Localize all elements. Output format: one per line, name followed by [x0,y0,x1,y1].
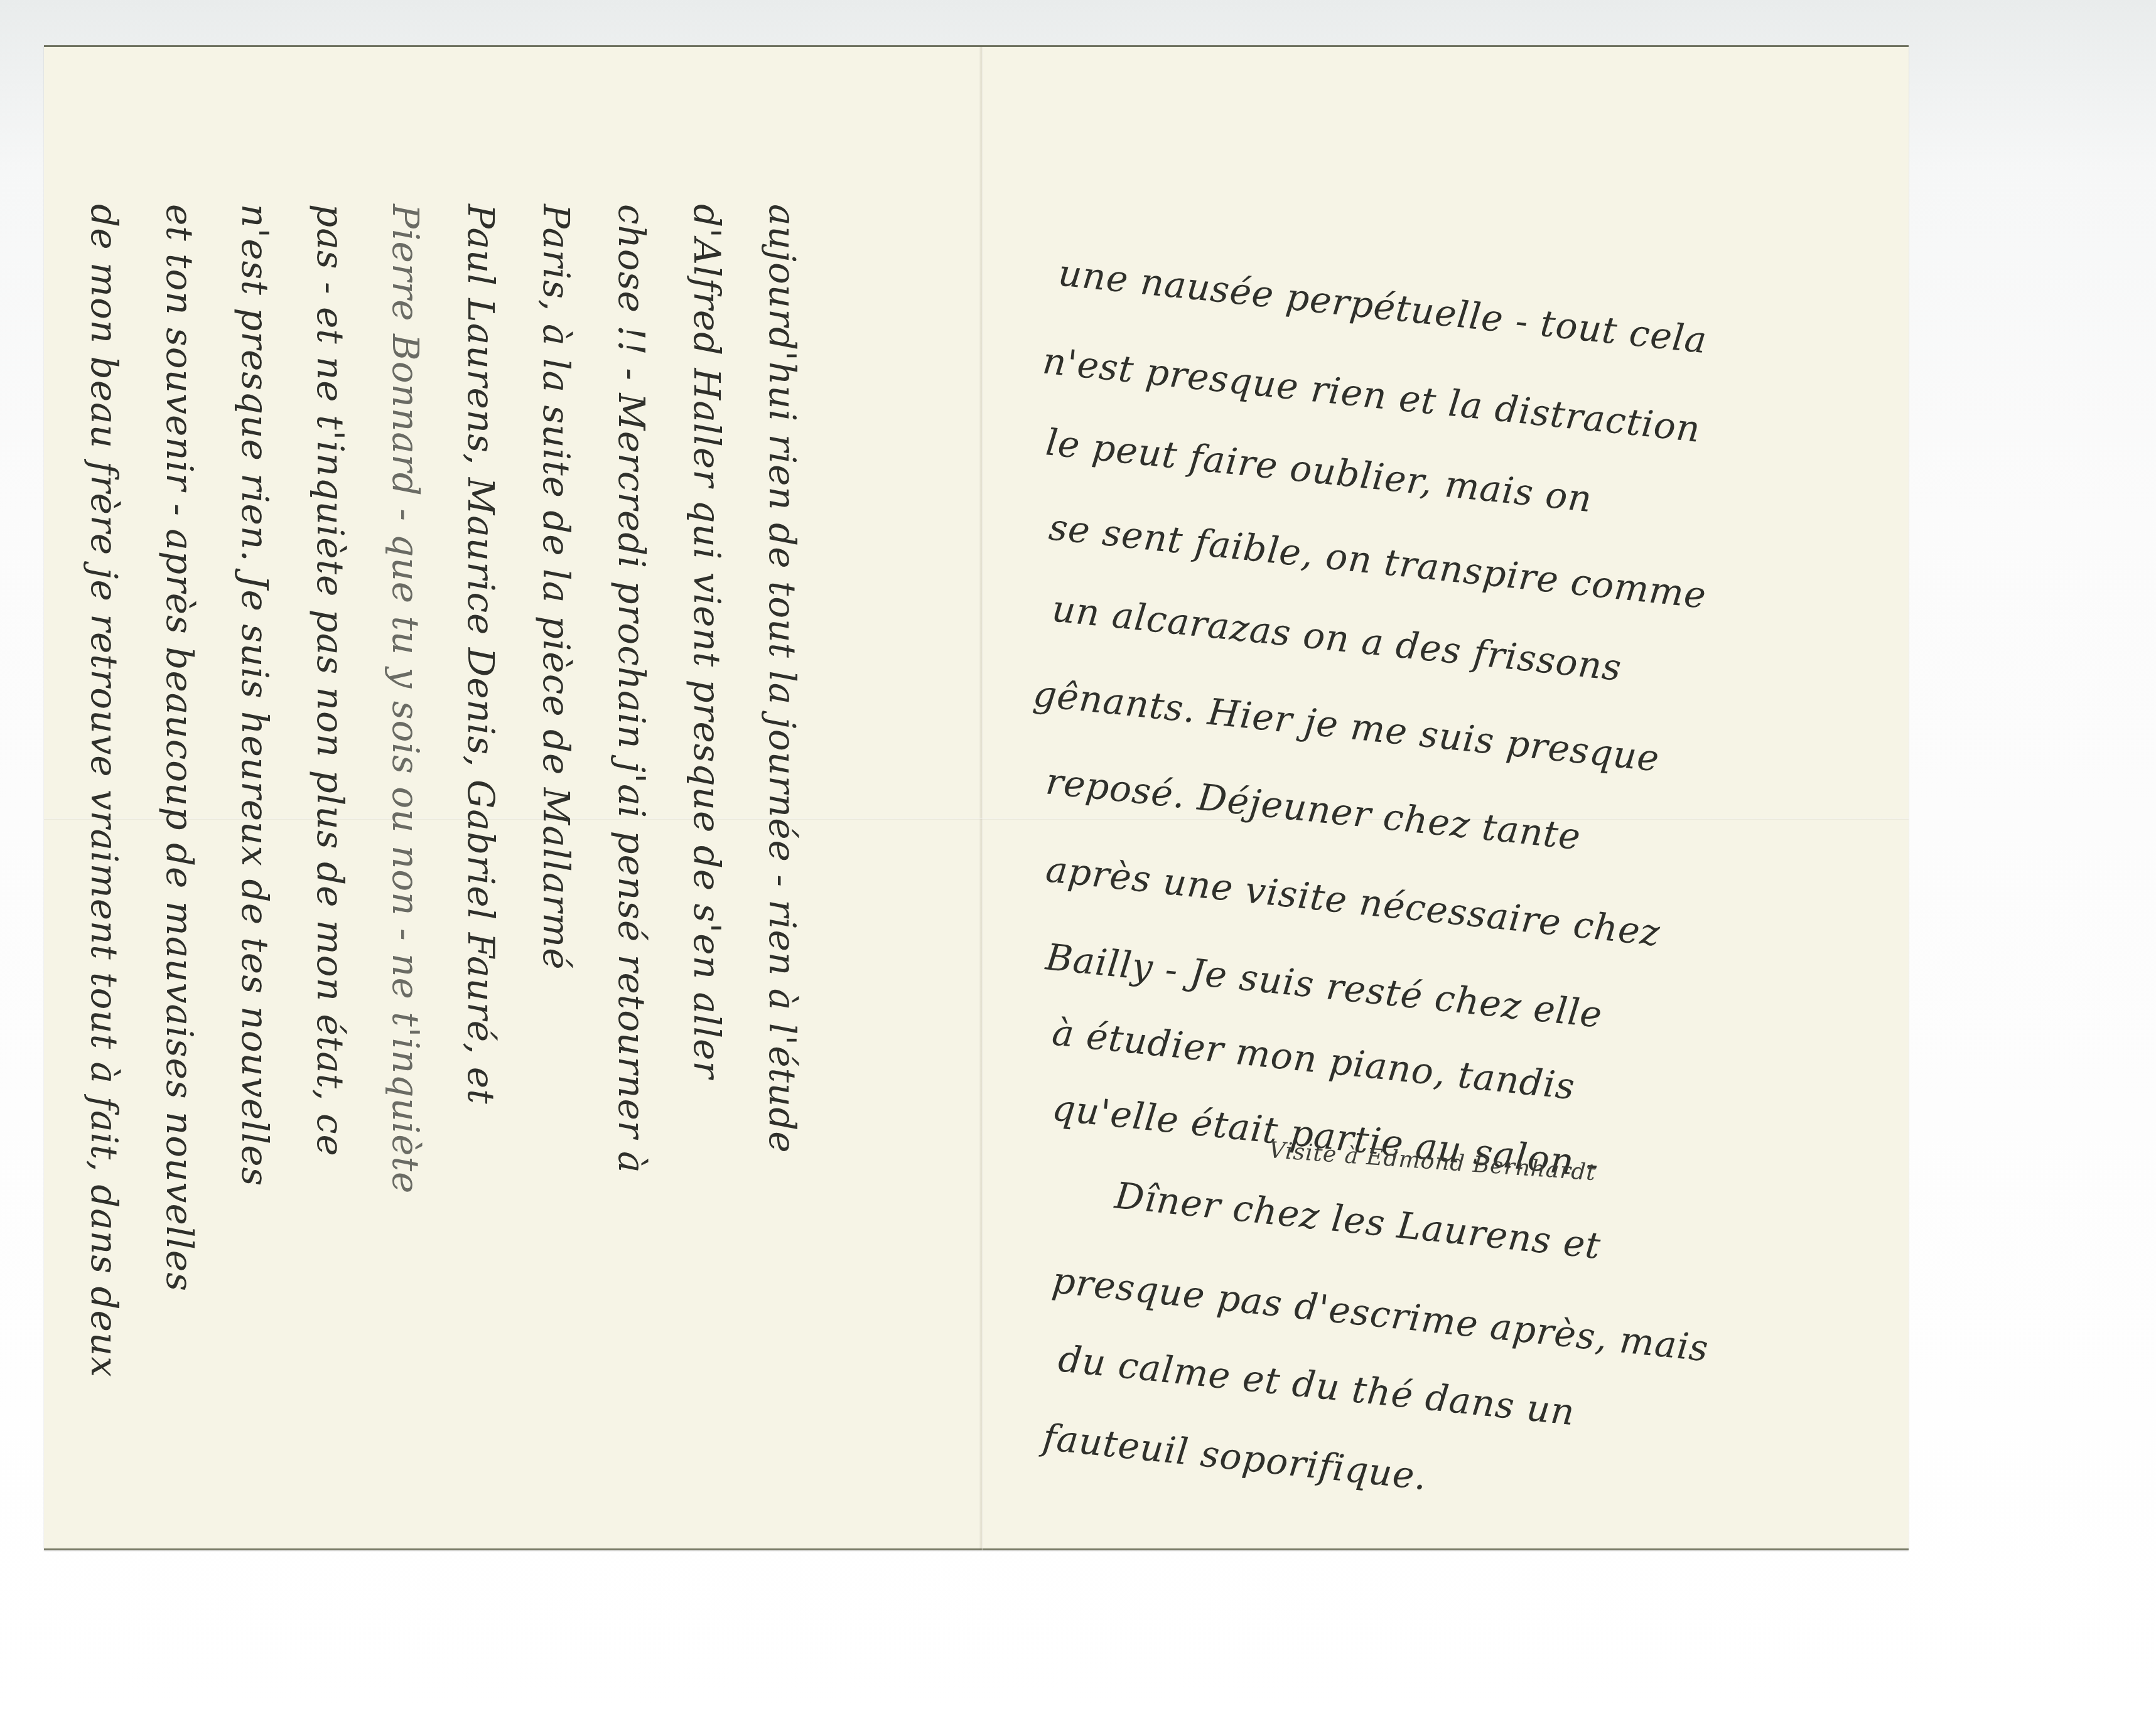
left-line-10: de mon beau frère je retrouve vraiment t… [86,204,122,1378]
right-line-10: à étudier mon piano, tandis [1050,1014,1577,1105]
right-line-6: gênants. Hier je me suis presque [1032,675,1661,776]
left-line-3: chose !! - Mercredi prochain j'ai pensé … [613,204,650,1174]
left-line-9: et ton souvenir - après beaucoup de mauv… [161,204,198,1292]
left-line-7: pas - et ne t'inquiète pas non plus de m… [312,204,348,1157]
right-page: une nausée perpétuelle - tout cela n'est… [983,47,1909,1550]
left-line-4: Paris, à la suite de la pièce de Mallarm… [538,204,574,970]
left-line-6: Pierre Bonnard - que tu y sois ou non - … [387,204,424,1194]
left-page: aujourd'hui rien de tout la journée - ri… [44,47,979,1550]
right-line-15: fauteuil soporifique. [1041,1419,1429,1495]
left-line-1: aujourd'hui rien de tout la journée - ri… [764,204,800,1154]
left-line-5: Paul Laurens, Maurice Denis, Gabriel Fau… [463,204,499,1104]
right-line-1: une nausée perpétuelle - tout cela [1057,254,1709,358]
left-line-8: n'est presque rien. Je suis heureux de t… [237,204,273,1186]
left-line-2: d'Alfred Haller qui vient presque de s'e… [689,204,725,1079]
right-line-8: après une visite nécessaire chez [1044,850,1662,951]
right-line-5: un alcarazas on a des frissons [1050,590,1624,686]
right-line-12: Dîner chez les Laurens et [1113,1177,1603,1264]
letter-sheet: aujourd'hui rien de tout la journée - ri… [44,45,1909,1550]
right-line-3: le peut faire oublier, mais on [1044,424,1594,517]
right-line-7: reposé. Déjeuner chez tante [1044,763,1583,855]
right-line-14: du calme et du thé dans un [1057,1340,1577,1430]
